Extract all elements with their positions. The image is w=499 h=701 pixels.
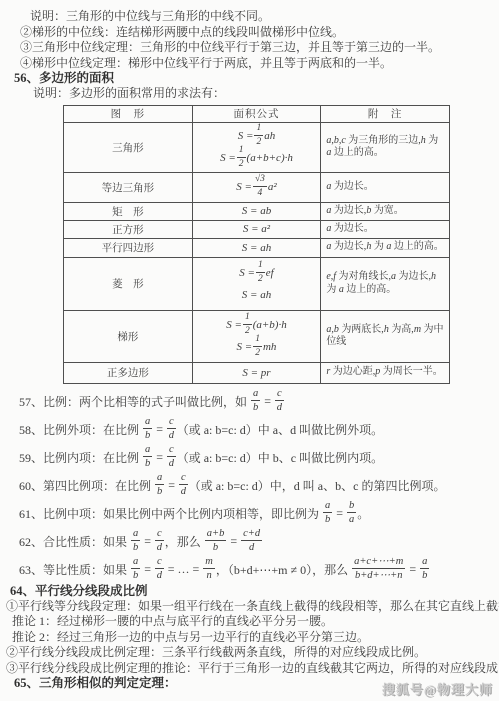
text-run: 为 <box>371 241 386 252</box>
fraction: √34 <box>253 175 267 199</box>
formula-cell: S = ah <box>192 238 321 257</box>
fraction: ab <box>143 416 152 442</box>
text-run: ef <box>266 267 274 279</box>
shape-cell: 矩 形 <box>64 202 193 220</box>
table-row: 三角形S = 12ahS = 12(a+b+c)·ha,b,c 为三角形的三边,… <box>64 122 450 172</box>
shape-cell: 三角形 <box>64 122 193 172</box>
text-run: = <box>153 422 166 437</box>
fraction-denominator: d <box>169 429 174 442</box>
shape-cell: 菱 形 <box>64 257 193 310</box>
text-run: 59、比例内项：在比例 <box>19 449 142 466</box>
area-formula-table: 图 形面积公式附 注 三角形S = 12ahS = 12(a+b+c)·ha,b… <box>63 105 450 384</box>
fraction: 12 <box>253 335 262 359</box>
formula-line: S = ab <box>193 203 321 219</box>
statement-line: ②平行线分线段成比例定理：三条平行线截两条直线，所得的对应线段成比例。 <box>0 645 499 661</box>
text-run: 58、比例外项：在比例 <box>19 421 142 438</box>
table-header-cell: 面积公式 <box>192 105 321 122</box>
table-row: 梯形S = 12(a+b)·hS = 12mha,b 为两底长,h 为高,m 为… <box>64 310 450 362</box>
fraction: cd <box>275 388 284 414</box>
table-row: 矩 形S = aba 为边长,b 为宽。 <box>64 202 450 220</box>
text-run: 为边长, <box>331 205 366 216</box>
text-run: ，那么 <box>165 533 204 550</box>
table-header-row: 图 形面积公式附 注 <box>64 105 450 122</box>
text-run: (a+b)·h <box>253 319 287 331</box>
shape-cell: 等边三角形 <box>64 172 193 202</box>
note-cell: e,f 为对角线长,a 为边长,h 为 a 边上的高。 <box>321 257 450 310</box>
text-run: = <box>333 506 346 521</box>
variable: a,b <box>326 324 339 335</box>
fraction-denominator: d <box>169 457 174 470</box>
text-run: S = <box>239 267 255 279</box>
note-cell: r 为边心距,p 为周长一半。 <box>321 362 450 383</box>
fraction-numerator: a <box>143 444 152 457</box>
fraction-numerator: a+b <box>205 528 227 541</box>
fraction-denominator: 2 <box>258 273 263 285</box>
formula-line: S = pr <box>193 365 321 381</box>
table-row: 正多边形S = prr 为边心距,p 为周长一半。 <box>64 362 450 383</box>
intro-line: ③三角形中位线定理：三角形的中位线平行于第三边，并且等于第三边的一半。 <box>0 40 499 56</box>
note-cell: a,b 为两底长,h 为高,m 为中位线 <box>321 310 450 362</box>
numbered-item: 63、等比性质：如果 ab = cd = … = mn，（b+d+⋯+m ≠ 0… <box>0 556 499 584</box>
fraction-denominator: 4 <box>258 187 263 199</box>
document-page: 说明：三角形的中位线与三角形的中线不同。②梯形的中位线：连结梯形两腰中点的线段叫… <box>0 0 499 701</box>
fraction-numerator: a <box>155 472 164 485</box>
text-run: 边上的高。 <box>344 284 397 295</box>
fraction-denominator: b <box>145 457 150 470</box>
formula-cell: S = 12efS = ah <box>192 257 321 310</box>
text-run: = … = <box>165 562 203 577</box>
formula-cell: S = pr <box>192 362 321 383</box>
formula-line: S = √34a² <box>193 176 321 198</box>
fraction-denominator: n <box>206 569 211 582</box>
fraction: 12 <box>256 261 265 285</box>
formula-line: S = a² <box>193 221 321 237</box>
table-row: 正方形S = a²a 为边长。 <box>64 220 450 238</box>
text-run: 60、第四比例项：在比例 <box>19 477 154 494</box>
fraction: cd <box>167 416 176 442</box>
formula-cell: S = 12(a+b)·hS = 12mh <box>192 310 321 362</box>
text-run: （或 a: b=c: d）中，d 叫 a、b、c 的第四比例项。 <box>189 477 446 494</box>
text-run: 为对角线长, <box>336 271 391 282</box>
text-run: 为边心距, <box>330 366 375 377</box>
fraction: mn <box>203 556 215 582</box>
shape-cell: 梯形 <box>64 310 193 362</box>
fraction-denominator: b <box>157 485 162 498</box>
fraction-numerator: a <box>131 556 140 569</box>
fraction-denominator: a <box>349 513 354 526</box>
formula-line: S = 12mh <box>193 336 321 358</box>
text-run: 边上的高。 <box>331 147 384 158</box>
fraction: ab <box>420 556 429 582</box>
fraction: cd <box>167 444 176 470</box>
text-run: = <box>141 562 154 577</box>
midline-notes-section: 说明：三角形的中位线与三角形的中线不同。②梯形的中位线：连结梯形两腰中点的线段叫… <box>0 0 499 71</box>
intro-line: ②梯形的中位线：连结梯形两腰中点的线段叫做梯形中位线。 <box>0 25 499 41</box>
note-cell: a 为边长,b 为宽。 <box>321 202 450 220</box>
fraction-numerator: c <box>167 444 176 457</box>
text-run: ah <box>264 130 275 142</box>
fraction-denominator: b+d+⋯+n <box>355 569 403 582</box>
text-run: 为边长, <box>331 241 366 252</box>
fraction: ba <box>347 500 356 526</box>
fraction: ab <box>143 444 152 470</box>
text-run: = <box>153 450 166 465</box>
statement-line: 推论 1：经过梯形一腰的中点与底平行的直线必平分另一腰。 <box>0 614 499 630</box>
fraction: cd <box>179 472 188 498</box>
fraction-denominator: d <box>157 569 162 582</box>
fraction: ab <box>251 388 260 414</box>
section-64-heading: 64、平行线分线段成比例 <box>0 584 499 599</box>
fraction: 12 <box>254 124 263 148</box>
fraction: a+c+⋯+mb+d+⋯+n <box>352 556 405 582</box>
fraction-numerator: c+d <box>241 528 262 541</box>
fraction-numerator: c <box>155 528 164 541</box>
fraction-denominator: 2 <box>245 325 250 337</box>
text-run: 62、合比性质：如果 <box>19 533 130 550</box>
fraction-numerator: a <box>251 388 260 401</box>
text-run: 。 <box>357 505 369 522</box>
fraction-denominator: d <box>277 401 282 414</box>
text-run: = <box>261 394 274 409</box>
table-row: 等边三角形S = √34a²a 为边长。 <box>64 172 450 202</box>
numbered-item: 62、合比性质：如果 ab = cd，那么 a+bb = c+dd <box>0 528 499 556</box>
fraction-denominator: 2 <box>239 158 244 170</box>
text-run: 为宽。 <box>371 205 404 216</box>
intro-line: 说明：三角形的中位线与三角形的中线不同。 <box>0 9 499 25</box>
text-run: ，（b+d+⋯+m ≠ 0），那么 <box>216 561 351 578</box>
formula-line: S = 12ef <box>193 262 321 284</box>
fraction-numerator: a+c+⋯+m <box>352 556 405 569</box>
formula-cell: S = ab <box>192 202 321 220</box>
text-run: 为边长。 <box>331 223 374 234</box>
numbered-item: 57、比例：两个比相等的式子叫做比例，如 ab = cd <box>0 388 499 416</box>
formula-line: S = 12ah <box>193 125 321 147</box>
watermark: 搜狐号@物理大师 <box>382 679 493 698</box>
table-row: 菱 形S = 12efS = ahe,f 为对角线长,a 为边长,h 为 a 边… <box>64 257 450 310</box>
formula-line: S = 12(a+b)·h <box>193 314 321 336</box>
text-run: = <box>227 534 240 549</box>
fraction-numerator: a <box>143 416 152 429</box>
text-run: 为高, <box>389 324 414 335</box>
fraction-denominator: d <box>157 541 162 554</box>
section-56-heading: 56、多边形的面积 <box>0 71 499 86</box>
fraction: c+dd <box>241 528 262 554</box>
fraction: cd <box>155 556 164 582</box>
fraction-numerator: b <box>347 500 356 513</box>
fraction-numerator: √3 <box>253 175 267 187</box>
numbered-item: 59、比例内项：在比例 ab = cd（或 a: b=c: d）中 b、c 叫做… <box>0 444 499 472</box>
fraction: 12 <box>243 313 252 337</box>
numbered-item: 60、第四比例项：在比例 ab = cd（或 a: b=c: d）中，d 叫 a… <box>0 472 499 500</box>
note-cell: a 为边长。 <box>321 220 450 238</box>
fraction: ab <box>155 472 164 498</box>
fraction-numerator: 1 <box>237 146 246 158</box>
formula-line: S = ah <box>193 240 321 256</box>
text-run: 57、比例：两个比相等的式子叫做比例，如 <box>19 393 250 410</box>
fraction-denominator: b <box>133 541 138 554</box>
fraction-denominator: b <box>133 569 138 582</box>
fraction-denominator: 2 <box>255 347 260 359</box>
formula-line: S = ah <box>193 284 321 306</box>
text-run: （或 a: b=c: d）中 a、d 叫做比例外项。 <box>177 421 383 438</box>
table-header-cell: 附 注 <box>321 105 450 122</box>
formula-cell: S = 12ahS = 12(a+b+c)·h <box>192 122 321 172</box>
statement-line: 推论 2：经过三角形一边的中点与另一边平行的直线必平分第三边。 <box>0 630 499 646</box>
text-run: 为边长, <box>396 271 431 282</box>
text-run: 为周长一半。 <box>380 366 443 377</box>
statement-line: ③平行线分线段成比例定理的推论：平行于三角形一边的直线截其它两边，所得的对应线段… <box>0 661 499 677</box>
text-run: 61、比例中项：如果比例中两个比例内项相等，即比例为 <box>19 505 322 522</box>
section-56-subtitle: 说明：多边形的面积常用的求法有： <box>0 86 499 101</box>
fraction: ab <box>131 528 140 554</box>
fraction-denominator: d <box>181 485 186 498</box>
fraction: a+bb <box>205 528 227 554</box>
text-run: S = ah <box>242 242 271 254</box>
fraction-numerator: c <box>155 556 164 569</box>
note-cell: a,b,c 为三角形的三边,h 为 a 边上的高。 <box>321 122 450 172</box>
text-run: 为边长。 <box>331 181 374 192</box>
text-run: S = ah <box>242 289 271 301</box>
fraction-numerator: 1 <box>256 261 265 273</box>
table-body: 三角形S = 12ahS = 12(a+b+c)·ha,b,c 为三角形的三边,… <box>64 122 450 383</box>
fraction-numerator: a <box>420 556 429 569</box>
text-run: 边上的高。 <box>391 241 444 252</box>
fraction-denominator: d <box>249 541 254 554</box>
text-run: S = a² <box>243 223 270 235</box>
intro-line: ④梯形中位线定理：梯形中位线平行于两底，并且等于两底和的一半。 <box>0 56 499 72</box>
variable: e,f <box>326 271 336 282</box>
text-run: （或 a: b=c: d）中 b、c 叫做比例内项。 <box>177 449 383 466</box>
text-run: a² <box>268 181 277 193</box>
fraction-denominator: b <box>213 541 218 554</box>
fraction-denominator: 2 <box>256 136 261 148</box>
fraction-denominator: b <box>422 569 427 582</box>
text-run: S = pr <box>242 367 270 379</box>
fraction-numerator: a <box>323 500 332 513</box>
numbered-item: 61、比例中项：如果比例中两个比例内项相等，即比例为 ab = ba。 <box>0 500 499 528</box>
note-cell: a 为边长,h 为 a 边上的高。 <box>321 238 450 257</box>
text-run: S = <box>237 341 253 353</box>
fraction-numerator: a <box>131 528 140 541</box>
proportion-items-section: 57、比例：两个比相等的式子叫做比例，如 ab = cd58、比例外项：在比例 … <box>0 388 499 584</box>
text-run: = <box>406 562 419 577</box>
text-run: mh <box>263 341 276 353</box>
shape-cell: 正方形 <box>64 220 193 238</box>
formula-cell: S = √34a² <box>192 172 321 202</box>
text-run: 63、等比性质：如果 <box>19 561 130 578</box>
fraction-numerator: c <box>167 416 176 429</box>
table-header: 图 形面积公式附 注 <box>64 105 450 122</box>
text-run: S = ab <box>242 205 271 217</box>
variable: m <box>414 324 421 335</box>
fraction-numerator: m <box>203 556 215 569</box>
variable: a,b,c <box>326 135 345 146</box>
text-run: S = <box>236 181 252 193</box>
fraction-denominator: b <box>325 513 330 526</box>
text-run: S = <box>238 130 254 142</box>
text-run: S = <box>226 319 242 331</box>
fraction-denominator: b <box>145 429 150 442</box>
fraction: ab <box>323 500 332 526</box>
text-run: (a+b+c)·h <box>247 152 293 164</box>
fraction-numerator: 1 <box>253 335 262 347</box>
text-run: 为三角形的三边, <box>346 135 421 146</box>
fraction: 12 <box>237 146 246 170</box>
shape-cell: 正多边形 <box>64 362 193 383</box>
fraction-denominator: b <box>253 401 258 414</box>
table-header-cell: 图 形 <box>64 105 193 122</box>
text-run: 为两底长, <box>339 324 384 335</box>
formula-cell: S = a² <box>192 220 321 238</box>
fraction-numerator: 1 <box>243 313 252 325</box>
numbered-item: 58、比例外项：在比例 ab = cd（或 a: b=c: d）中 a、d 叫做… <box>0 416 499 444</box>
text-run: = <box>141 534 154 549</box>
statement-line: ①平行线等分线段定理：如果一组平行线在一条直线上截得的线段相等，那么在其它直线上… <box>0 599 499 615</box>
fraction: cd <box>155 528 164 554</box>
text-run: S = <box>220 152 236 164</box>
fraction-numerator: 1 <box>254 124 263 136</box>
table-row: 平行四边形S = aha 为边长,h 为 a 边上的高。 <box>64 238 450 257</box>
variable: h <box>431 271 436 282</box>
note-cell: a 为边长。 <box>321 172 450 202</box>
fraction: ab <box>131 556 140 582</box>
fraction-numerator: c <box>179 472 188 485</box>
text-run: 为 <box>426 135 439 146</box>
text-run: = <box>165 478 178 493</box>
fraction-numerator: c <box>275 388 284 401</box>
shape-cell: 平行四边形 <box>64 238 193 257</box>
section-64-lines: ①平行线等分线段定理：如果一组平行线在一条直线上截得的线段相等，那么在其它直线上… <box>0 599 499 677</box>
formula-line: S = 12(a+b+c)·h <box>193 147 321 169</box>
text-run: 为 <box>326 284 339 295</box>
